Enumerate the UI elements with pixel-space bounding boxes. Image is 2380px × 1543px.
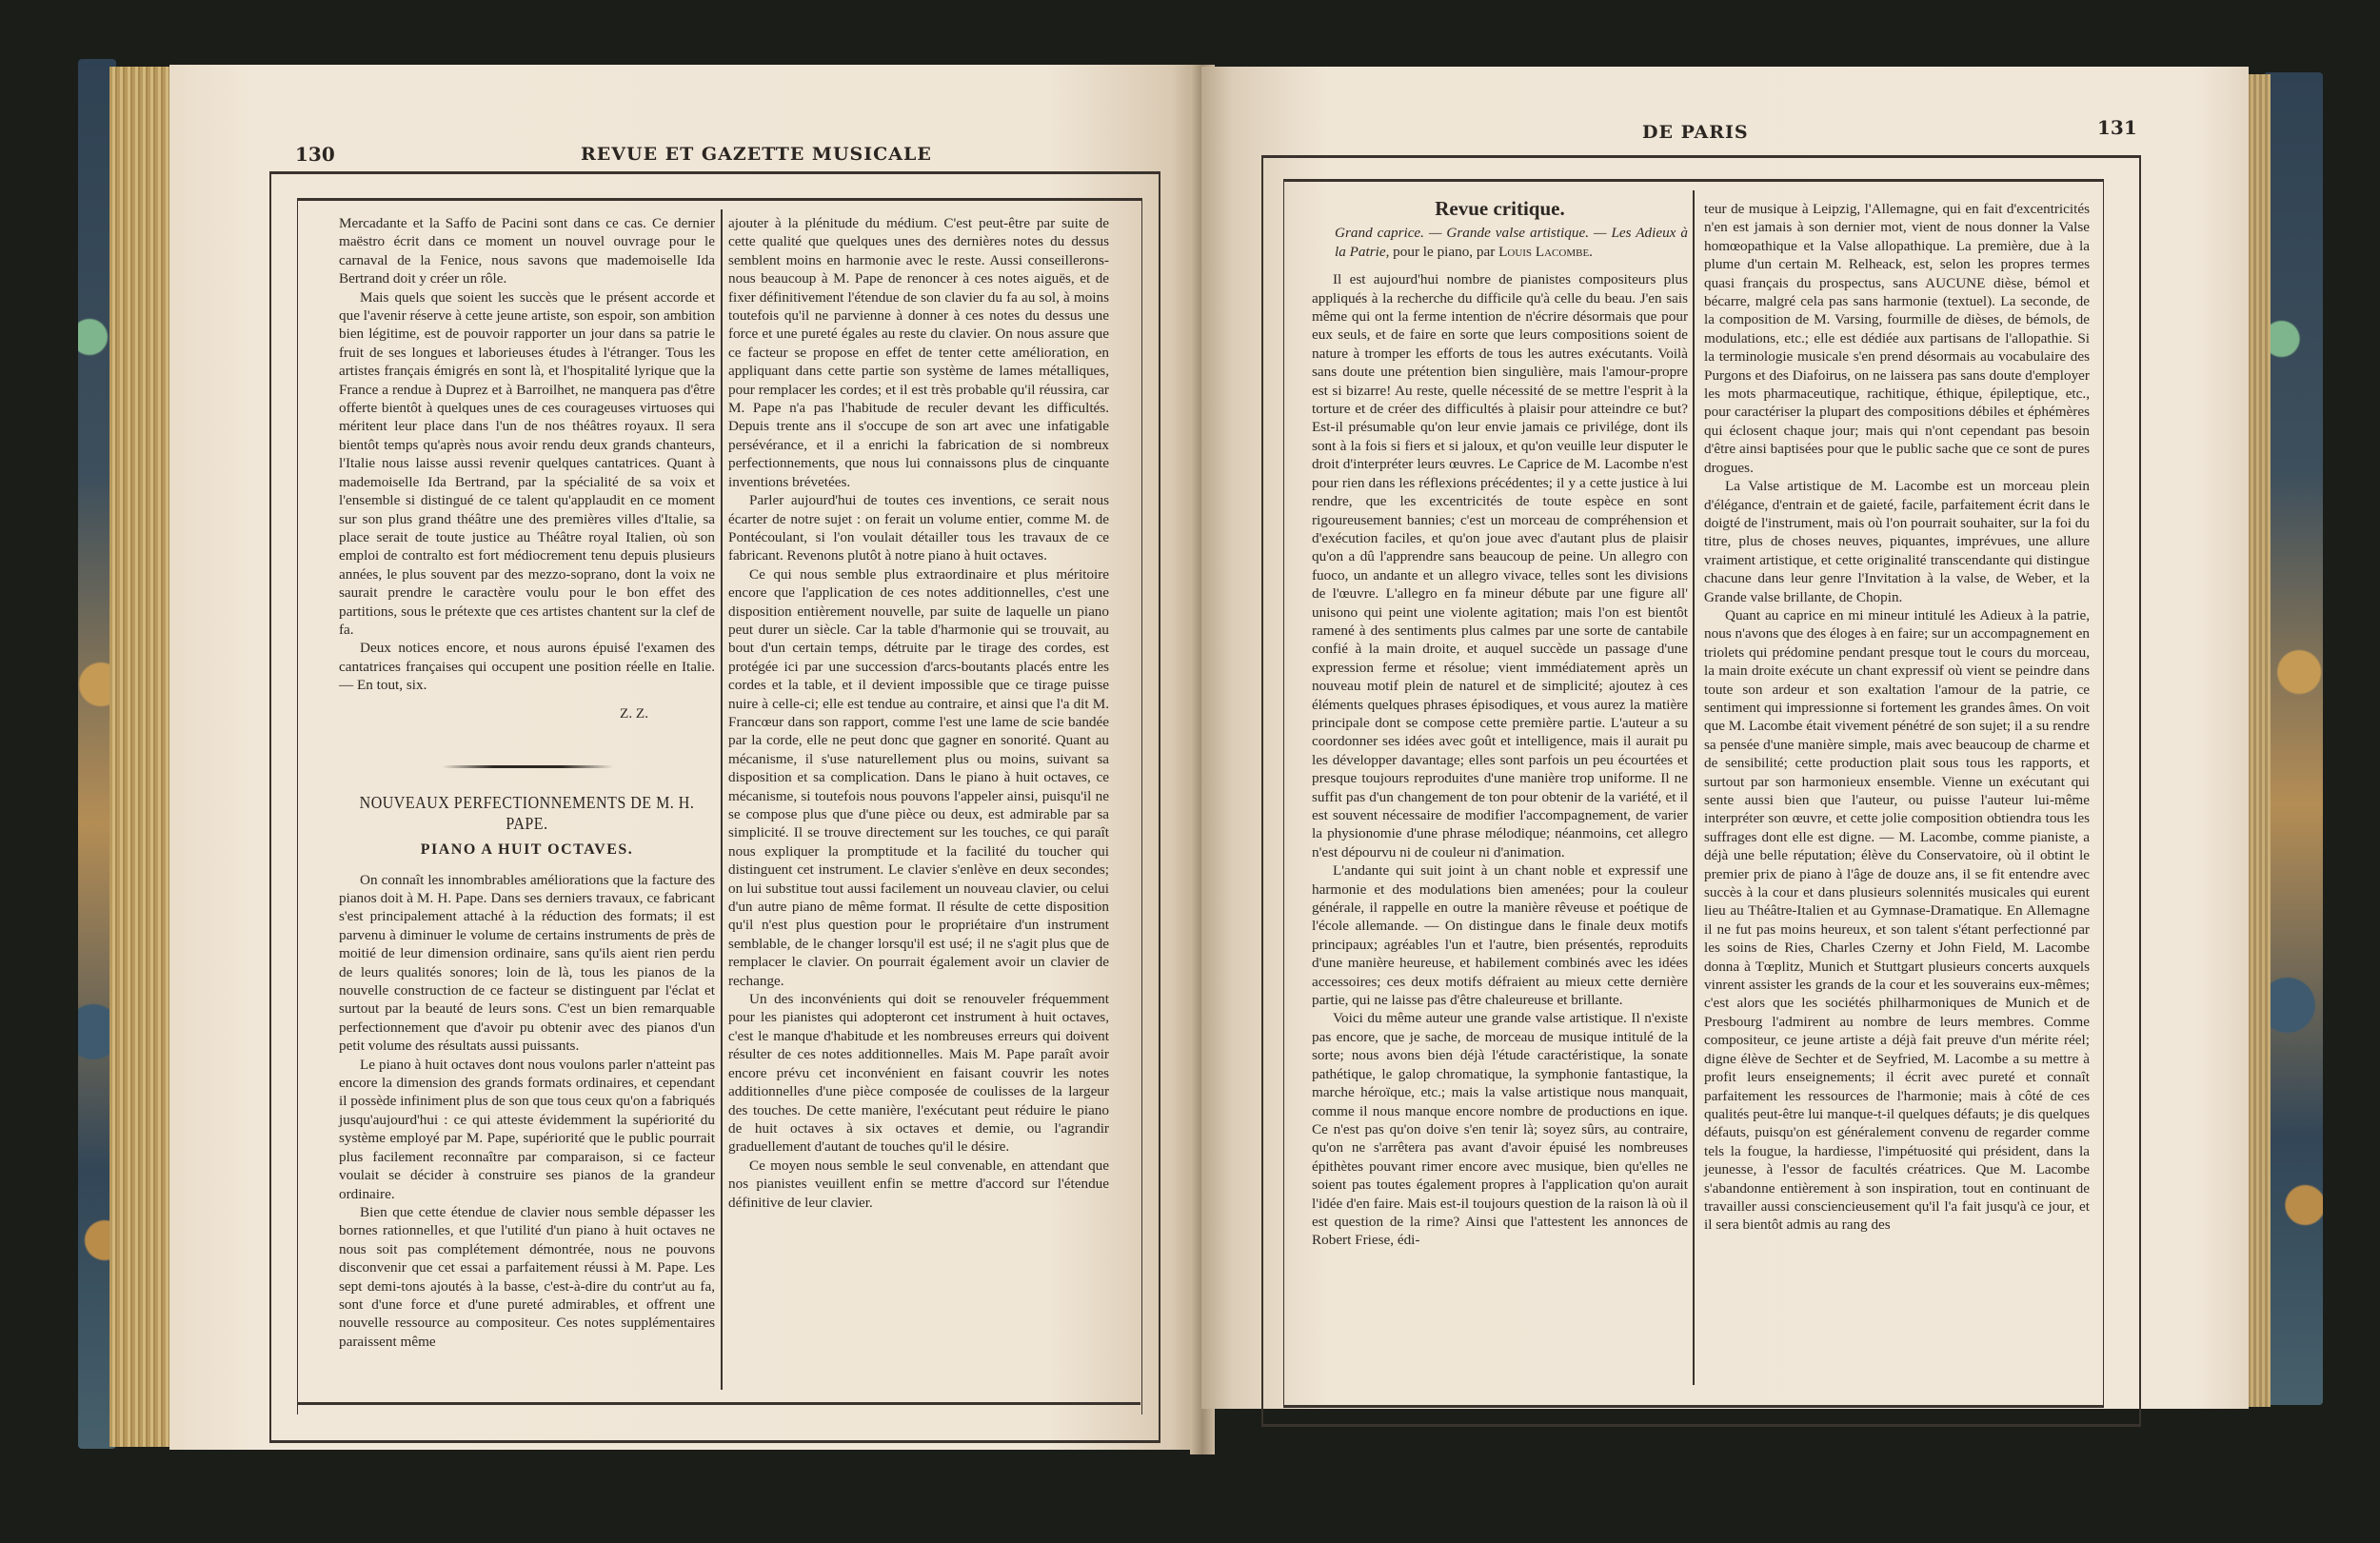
- author-signature: Z. Z.: [339, 704, 715, 722]
- page-number-left: 130: [295, 143, 335, 166]
- paragraph: Deux notices encore, et nous aurons épui…: [339, 639, 715, 694]
- running-head-right: DE PARIS: [1642, 122, 1749, 143]
- paragraph: La Valse artistique de M. Lacombe est un…: [1704, 477, 2090, 606]
- paragraph: On connaît les innombrables amélioration…: [339, 871, 715, 1056]
- section-title: Revue critique.: [1312, 200, 1688, 218]
- article-subtitle: PIANO A HUIT OCTAVES.: [339, 841, 715, 859]
- paragraph: Quant au caprice en mi mineur intitulé l…: [1704, 606, 2090, 1235]
- paragraph: Parler aujourd'hui de toutes ces inventi…: [728, 491, 1109, 565]
- paragraph: ajouter à la plénitude du médium. C'est …: [728, 214, 1109, 491]
- left-page-column-2: ajouter à la plénitude du médium. C'est …: [728, 214, 1109, 1212]
- paragraph: Ce moyen nous semble le seul convenable,…: [728, 1157, 1109, 1212]
- paragraph: Ce qui nous semble plus extraordinaire e…: [728, 565, 1109, 990]
- right-page-column-2: teur de musique à Leipzig, l'Allemagne, …: [1704, 200, 2090, 1235]
- left-page-column-1: Mercadante et la Saffo de Pacini sont da…: [339, 214, 715, 1351]
- subtitle-rest: pour le piano, par: [1393, 244, 1495, 260]
- composer-name: Louis Lacombe.: [1498, 244, 1593, 260]
- page-number-right: 131: [2097, 116, 2137, 139]
- right-page-column-1: Revue critique. Grand caprice. — Grande …: [1312, 200, 1688, 1250]
- section-divider-ornament: [339, 755, 715, 773]
- paragraph: Mais quels que soient les succès que le …: [339, 288, 715, 640]
- frame-bottom-rule-left: [297, 1402, 1140, 1405]
- paragraph: Un des inconvénients qui doit se renouve…: [728, 990, 1109, 1157]
- article-title: NOUVEAUX PERFECTIONNEMENTS DE M. H. PAPE…: [339, 793, 715, 836]
- paragraph: Le piano à huit octaves dont nous voulon…: [339, 1056, 715, 1203]
- paragraph: Voici du même auteur une grande valse ar…: [1312, 1009, 1688, 1249]
- paragraph: Il est aujourd'hui nombre de pianistes c…: [1312, 270, 1688, 861]
- running-head-left: REVUE ET GAZETTE MUSICALE: [581, 144, 932, 165]
- paragraph: Mercadante et la Saffo de Pacini sont da…: [339, 214, 715, 288]
- review-subtitle: Grand caprice. — Grande valse artistique…: [1312, 224, 1688, 261]
- paragraph: Bien que cette étendue de clavier nous s…: [339, 1203, 715, 1351]
- page-edges-left: [109, 67, 171, 1447]
- column-rule-right: [1693, 190, 1695, 1385]
- paragraph: teur de musique à Leipzig, l'Allemagne, …: [1704, 200, 2090, 477]
- book-cover-right: [2264, 72, 2323, 1405]
- column-rule-left: [721, 209, 723, 1390]
- paragraph: L'andante qui suit joint à un chant nobl…: [1312, 861, 1688, 1009]
